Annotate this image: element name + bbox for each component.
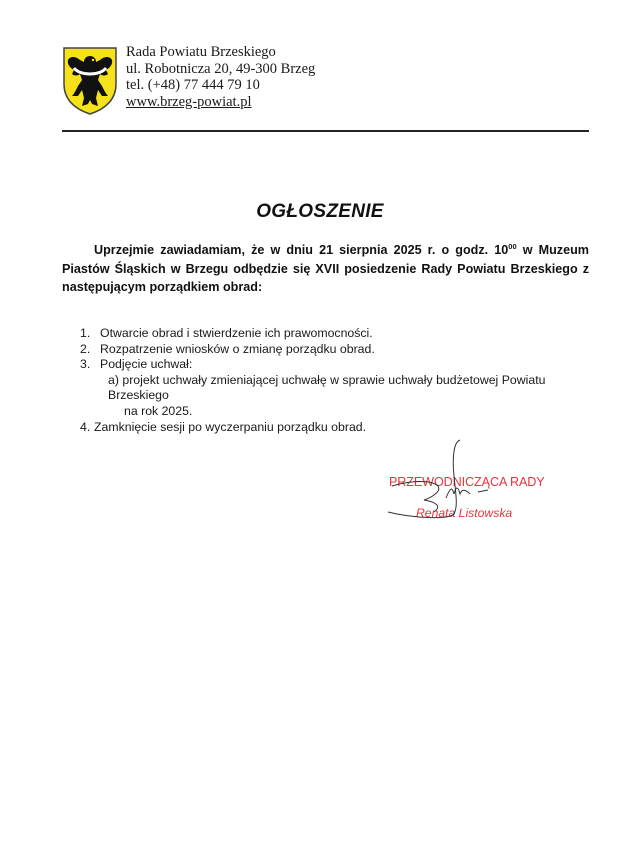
agenda-item-number: 2. [80,342,100,358]
agenda-list: 1. Otwarcie obrad i stwierdzenie ich pra… [80,326,600,435]
signatory-title: PRZEWODNICZĄCA RADY [389,475,545,489]
organization-website-link[interactable]: www.brzeg-powiat.pl [126,94,426,111]
agenda-item-number: 3. [80,357,100,373]
letterhead-text: Rada Powiatu Brzeskiego ul. Robotnicza 2… [126,44,426,110]
agenda-subitem: a) projekt uchwały zmieniającej uchwałę … [80,373,600,420]
agenda-item-text: Otwarcie obrad i stwierdzenie ich prawom… [100,326,373,342]
time-minutes: 00 [508,242,516,251]
organization-name: Rada Powiatu Brzeskiego [126,44,426,61]
agenda-item-text: Podjęcie uchwał: [100,357,192,373]
agenda-item-text: Zamknięcie sesji po wyczerpaniu porządku… [94,420,366,436]
organization-address: ul. Robotnicza 20, 49-300 Brzeg [126,61,426,78]
agenda-subitem-text: projekt uchwały zmieniającej uchwałę w s… [108,373,545,403]
agenda-subitem-label: a) [108,373,119,387]
organization-phone: tel. (+48) 77 444 79 10 [126,77,426,94]
agenda-item-text: Rozpatrzenie wniosków o zmianę porządku … [100,342,375,358]
coat-of-arms-icon [62,46,118,116]
agenda-item: 4. Zamknięcie sesji po wyczerpaniu porzą… [80,420,600,436]
intro-part1: Uprzejmie zawiadamiam, że w dniu 21 sier… [94,243,508,257]
signature-stamp: PRZEWODNICZĄCA RADY Renata Listowska [383,470,563,530]
agenda-item: 3. Podjęcie uchwał: [80,357,600,373]
agenda-item-number: 1. [80,326,100,342]
agenda-item: 2. Rozpatrzenie wniosków o zmianę porząd… [80,342,600,358]
agenda-subitem-continuation: na rok 2025. [108,404,600,420]
agenda-item: 1. Otwarcie obrad i stwierdzenie ich pra… [80,326,600,342]
agenda-item-number: 4. [80,420,94,436]
document-title: OGŁOSZENIE [0,201,640,223]
announcement-intro: Uprzejmie zawiadamiam, że w dniu 21 sier… [62,238,589,297]
header-divider [62,130,589,132]
signatory-name: Renata Listowska [416,506,512,520]
